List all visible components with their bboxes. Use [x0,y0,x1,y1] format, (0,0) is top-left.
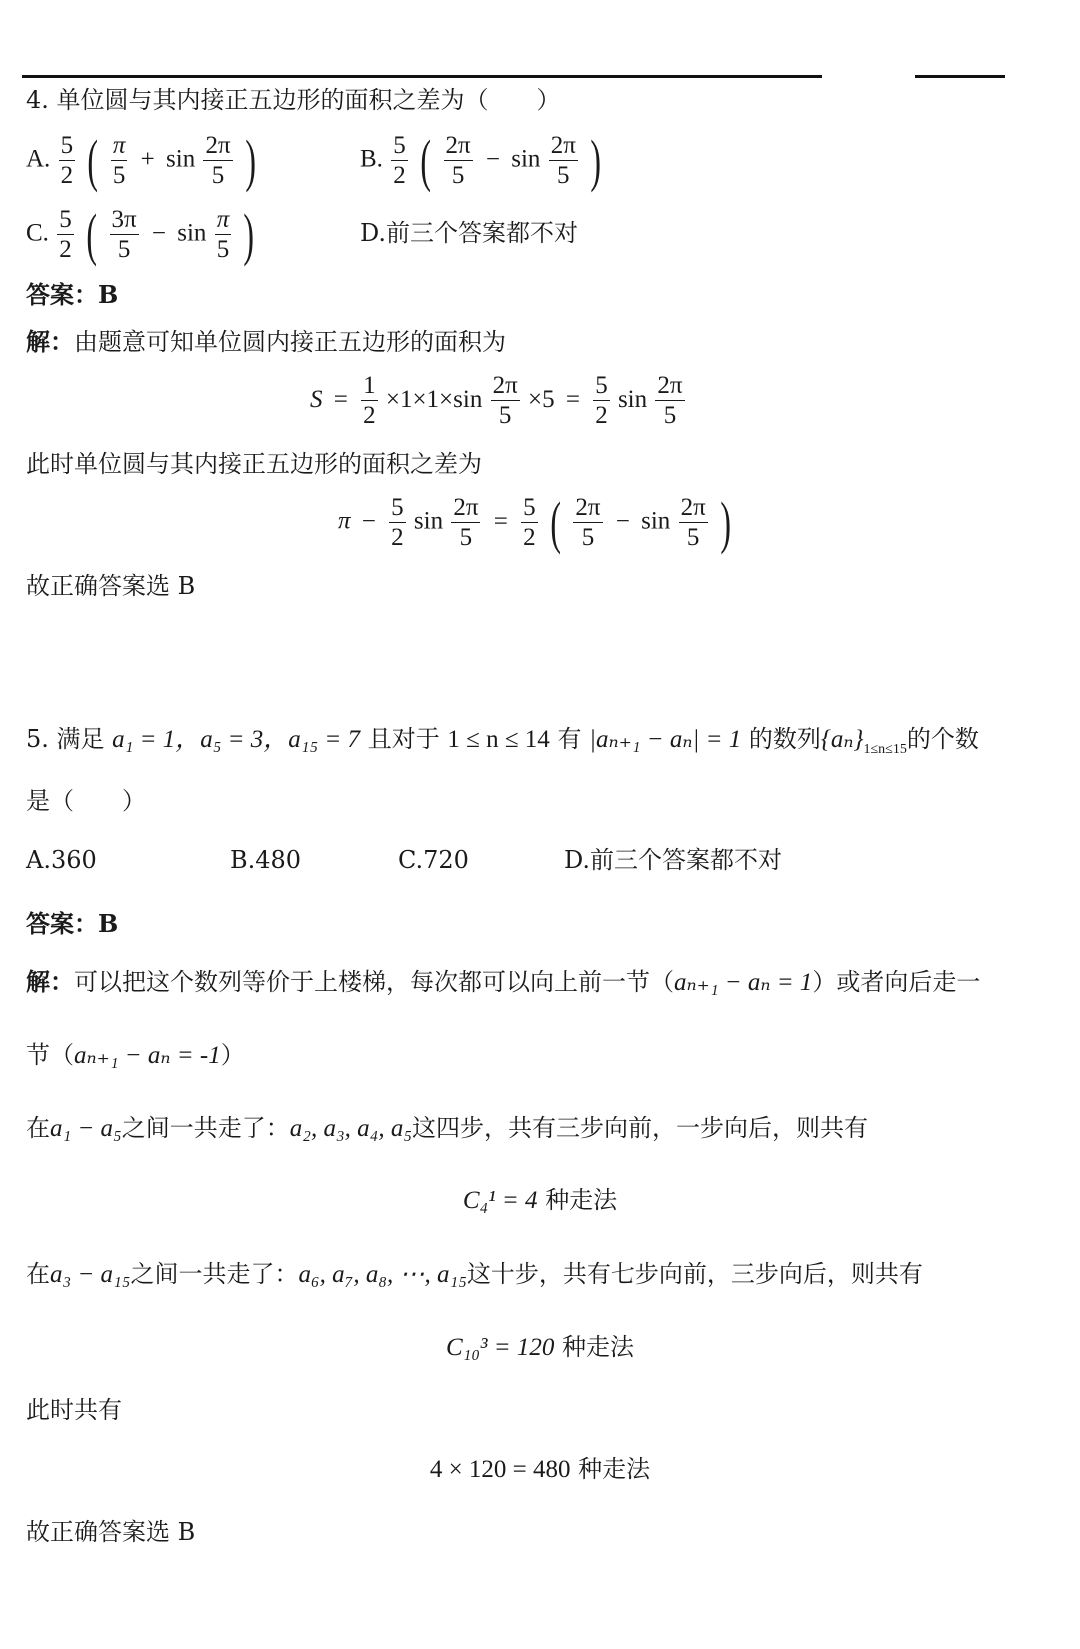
numerator: 2π [573,495,602,523]
denominator: 2 [59,235,72,263]
numerator: 5 [391,133,408,161]
solution-text: 由题意可知单位圆内接正五边形的面积为 [74,328,506,356]
solution-math: a₂, a₃, a₄, a₅ [290,1115,412,1142]
equation-text: 种走法 [578,1455,650,1483]
q4-difference-equation: π − 52 sin 2π5 = 52 ( 2π5 − sin 2π5 ) [338,494,735,552]
fraction: 2π5 [444,133,473,190]
q4-option-c: C. 52 ( 3π5 − sin π5 ) [26,206,259,264]
denominator: 5 [499,401,512,429]
q4-option-b: B. 52 ( 2π5 − sin 2π5 ) [360,132,605,190]
denominator: 2 [391,523,404,551]
solution-text: 这四步，共有三步向前，一步向后，则共有 [412,1114,868,1142]
operator: + [141,146,155,173]
solution-math: a₃ − a₁₅ [50,1261,130,1288]
solution-text: 可以把这个数列等价于上楼梯，每次都可以向上前一节（ [74,968,674,996]
left-paren: ( [88,132,99,190]
stem-subscript: 1≤n≤15 [864,742,907,757]
numerator: 2π [549,133,578,161]
numerator: 2π [444,133,473,161]
q5-eq3: 4 × 120 = 480 种走法 [0,1457,1080,1482]
q5-option-b: B.480 [230,848,301,872]
fraction: 52 [389,495,406,552]
symbol: S [310,386,323,413]
q5-step1: 在a₁ − a₅之间一共走了：a₂, a₃, a₄, a₅这四步，共有三步向前，… [26,1116,868,1141]
q5-solution-line1: 解：可以把这个数列等价于上楼梯，每次都可以向上前一节（aₙ₊₁ − aₙ = 1… [26,970,980,995]
q5-solution-line2: 节（aₙ₊₁ − aₙ = -1） [26,1043,245,1068]
operator: − [362,508,376,535]
q4-option-c-label: C. [26,220,49,247]
solution-text: 之间一共走了： [130,1260,298,1288]
answer-label: 答案： [26,280,98,309]
header-rule-left [22,75,822,78]
right-paren: ) [720,494,731,552]
q4-stem: 4. 单位圆与其内接正五边形的面积之差为（ ） [26,88,561,112]
left-paren: ( [550,494,561,552]
function-name: sin [618,386,647,413]
answer-label: 答案： [26,909,98,938]
fraction: 2π5 [491,373,520,430]
solution-math: a₆, a₇, a₈, ⋯, a₁₅ [298,1261,466,1288]
numerator: π [215,207,232,235]
header-rule-right [915,75,1005,78]
stem-text: 5. 满足 [26,725,105,753]
denominator: 5 [212,161,225,189]
denominator: 2 [61,161,74,189]
stem-math: 1 ≤ n ≤ 14 [447,726,549,753]
right-paren: ) [590,132,601,190]
q5-step2: 在a₃ − a₁₅之间一共走了：a₆, a₇, a₈, ⋯, a₁₅这十步，共有… [26,1262,923,1287]
fraction: 52 [57,207,74,264]
stem-text: 且对于 [368,725,440,753]
numerator: π [111,133,128,161]
solution-math: aₙ₊₁ − aₙ = 1 [674,969,812,996]
q4-option-a: A. 52 ( π5 + sin 2π5 ) [26,132,260,190]
solution-math: a₁ − a₅ [50,1115,122,1142]
denominator: 5 [687,523,700,551]
right-paren: ) [245,132,256,190]
fraction: 52 [59,133,76,190]
fraction: 2π5 [451,495,480,552]
symbol: π [338,508,351,535]
stem-math: {aₙ} [821,726,864,753]
fraction: 2π5 [549,133,578,190]
equation-text: 种走法 [545,1186,617,1214]
operator: − [486,146,500,173]
fraction: π5 [215,207,232,264]
numerator: 3π [110,207,139,235]
denominator: 5 [118,235,131,263]
denominator: 5 [217,235,230,263]
right-paren: ) [244,206,255,264]
stem-text: 有 [557,725,581,753]
expression: ×5 [528,386,555,413]
fraction: π5 [111,133,128,190]
fraction: 2π5 [573,495,602,552]
solution-text: 节（ [26,1041,74,1069]
equation-math: C₁₀³ = 120 [446,1334,554,1361]
solution-text: ） [221,1041,245,1069]
answer-value: B [98,909,118,938]
function-name: sin [511,146,540,173]
solution-text: 在 [26,1114,50,1142]
denominator: 2 [393,161,406,189]
stem-text: 的个数 [907,725,979,753]
solution-text: ）或者向后走一 [812,968,980,996]
q4-conclusion: 故正确答案选 B [26,574,195,598]
q5-stem-line1: 5. 满足 a₁ = 1，a₅ = 3，a₁₅ = 7 且对于 1 ≤ n ≤ … [26,727,979,757]
numerator: 2π [679,495,708,523]
solution-label: 解： [26,327,74,356]
q5-total-label: 此时共有 [26,1398,122,1422]
operator: = [566,386,580,413]
fraction: 2π5 [679,495,708,552]
left-paren: ( [420,132,431,190]
numerator: 5 [57,207,74,235]
q5-option-d: D.前三个答案都不对 [564,848,782,872]
q5-option-c: C.720 [398,848,469,872]
numerator: 5 [593,373,610,401]
numerator: 2π [451,495,480,523]
fraction: 2π5 [203,133,232,190]
q5-eq1: C₄¹ = 4 种走法 [0,1188,1080,1213]
solution-text: 在 [26,1260,50,1288]
equation-math: C₄¹ = 4 [463,1187,538,1214]
denominator: 5 [557,161,570,189]
numerator: 5 [521,495,538,523]
fraction: 52 [593,373,610,430]
solution-label: 解： [26,967,74,996]
stem-math: |aₙ₊₁ − aₙ| = 1 [589,726,741,753]
q4-solution-intro: 解：由题意可知单位圆内接正五边形的面积为 [26,330,506,354]
expression: ×1×1×sin [386,386,482,413]
operator: − [616,508,630,535]
q4-solution-mid: 此时单位圆与其内接正五边形的面积之差为 [26,452,482,476]
numerator: 1 [361,373,378,401]
operator: = [494,508,508,535]
denominator: 5 [113,161,126,189]
denominator: 5 [452,161,465,189]
function-name: sin [641,508,670,535]
q4-option-a-label: A. [26,146,50,173]
q5-conclusion: 故正确答案选 B [26,1520,195,1544]
q4-option-b-label: B. [360,146,383,173]
denominator: 2 [595,401,608,429]
numerator: 2π [203,133,232,161]
function-name: sin [414,508,443,535]
function-name: sin [177,220,206,247]
denominator: 5 [460,523,473,551]
stem-math: a₁ = 1，a₅ = 3，a₁₅ = 7 [112,726,360,753]
function-name: sin [166,146,195,173]
fraction: 3π5 [110,207,139,264]
answer-value: B [98,280,118,309]
operator: = [334,386,348,413]
operator: − [152,220,166,247]
fraction: 52 [521,495,538,552]
numerator: 2π [655,373,684,401]
left-paren: ( [86,206,97,264]
numerator: 5 [59,133,76,161]
numerator: 2π [491,373,520,401]
fraction: 2π5 [655,373,684,430]
q5-option-a: A.360 [26,848,97,872]
denominator: 5 [582,523,595,551]
solution-text: 这十步，共有七步向前，三步向后，则共有 [467,1260,923,1288]
fraction: 52 [391,133,408,190]
equation-math: 4 × 120 = 480 [430,1456,571,1483]
q5-stem-line2: 是（ ） [26,789,146,813]
q4-answer: 答案：B [26,283,118,307]
denominator: 5 [664,401,677,429]
numerator: 5 [389,495,406,523]
solution-text: 之间一共走了： [122,1114,290,1142]
denominator: 2 [523,523,536,551]
q5-eq2: C₁₀³ = 120 种走法 [0,1335,1080,1360]
stem-text: 的数列 [749,725,821,753]
fraction: 12 [361,373,378,430]
denominator: 2 [363,401,376,429]
q4-equation-area: S = 12 ×1×1×sin 2π5 ×5 = 52 sin 2π5 [310,373,687,430]
q5-answer: 答案：B [26,912,118,936]
q4-option-d: D.前三个答案都不对 [360,221,578,245]
equation-text: 种走法 [562,1333,634,1361]
solution-math: aₙ₊₁ − aₙ = -1 [74,1042,221,1069]
